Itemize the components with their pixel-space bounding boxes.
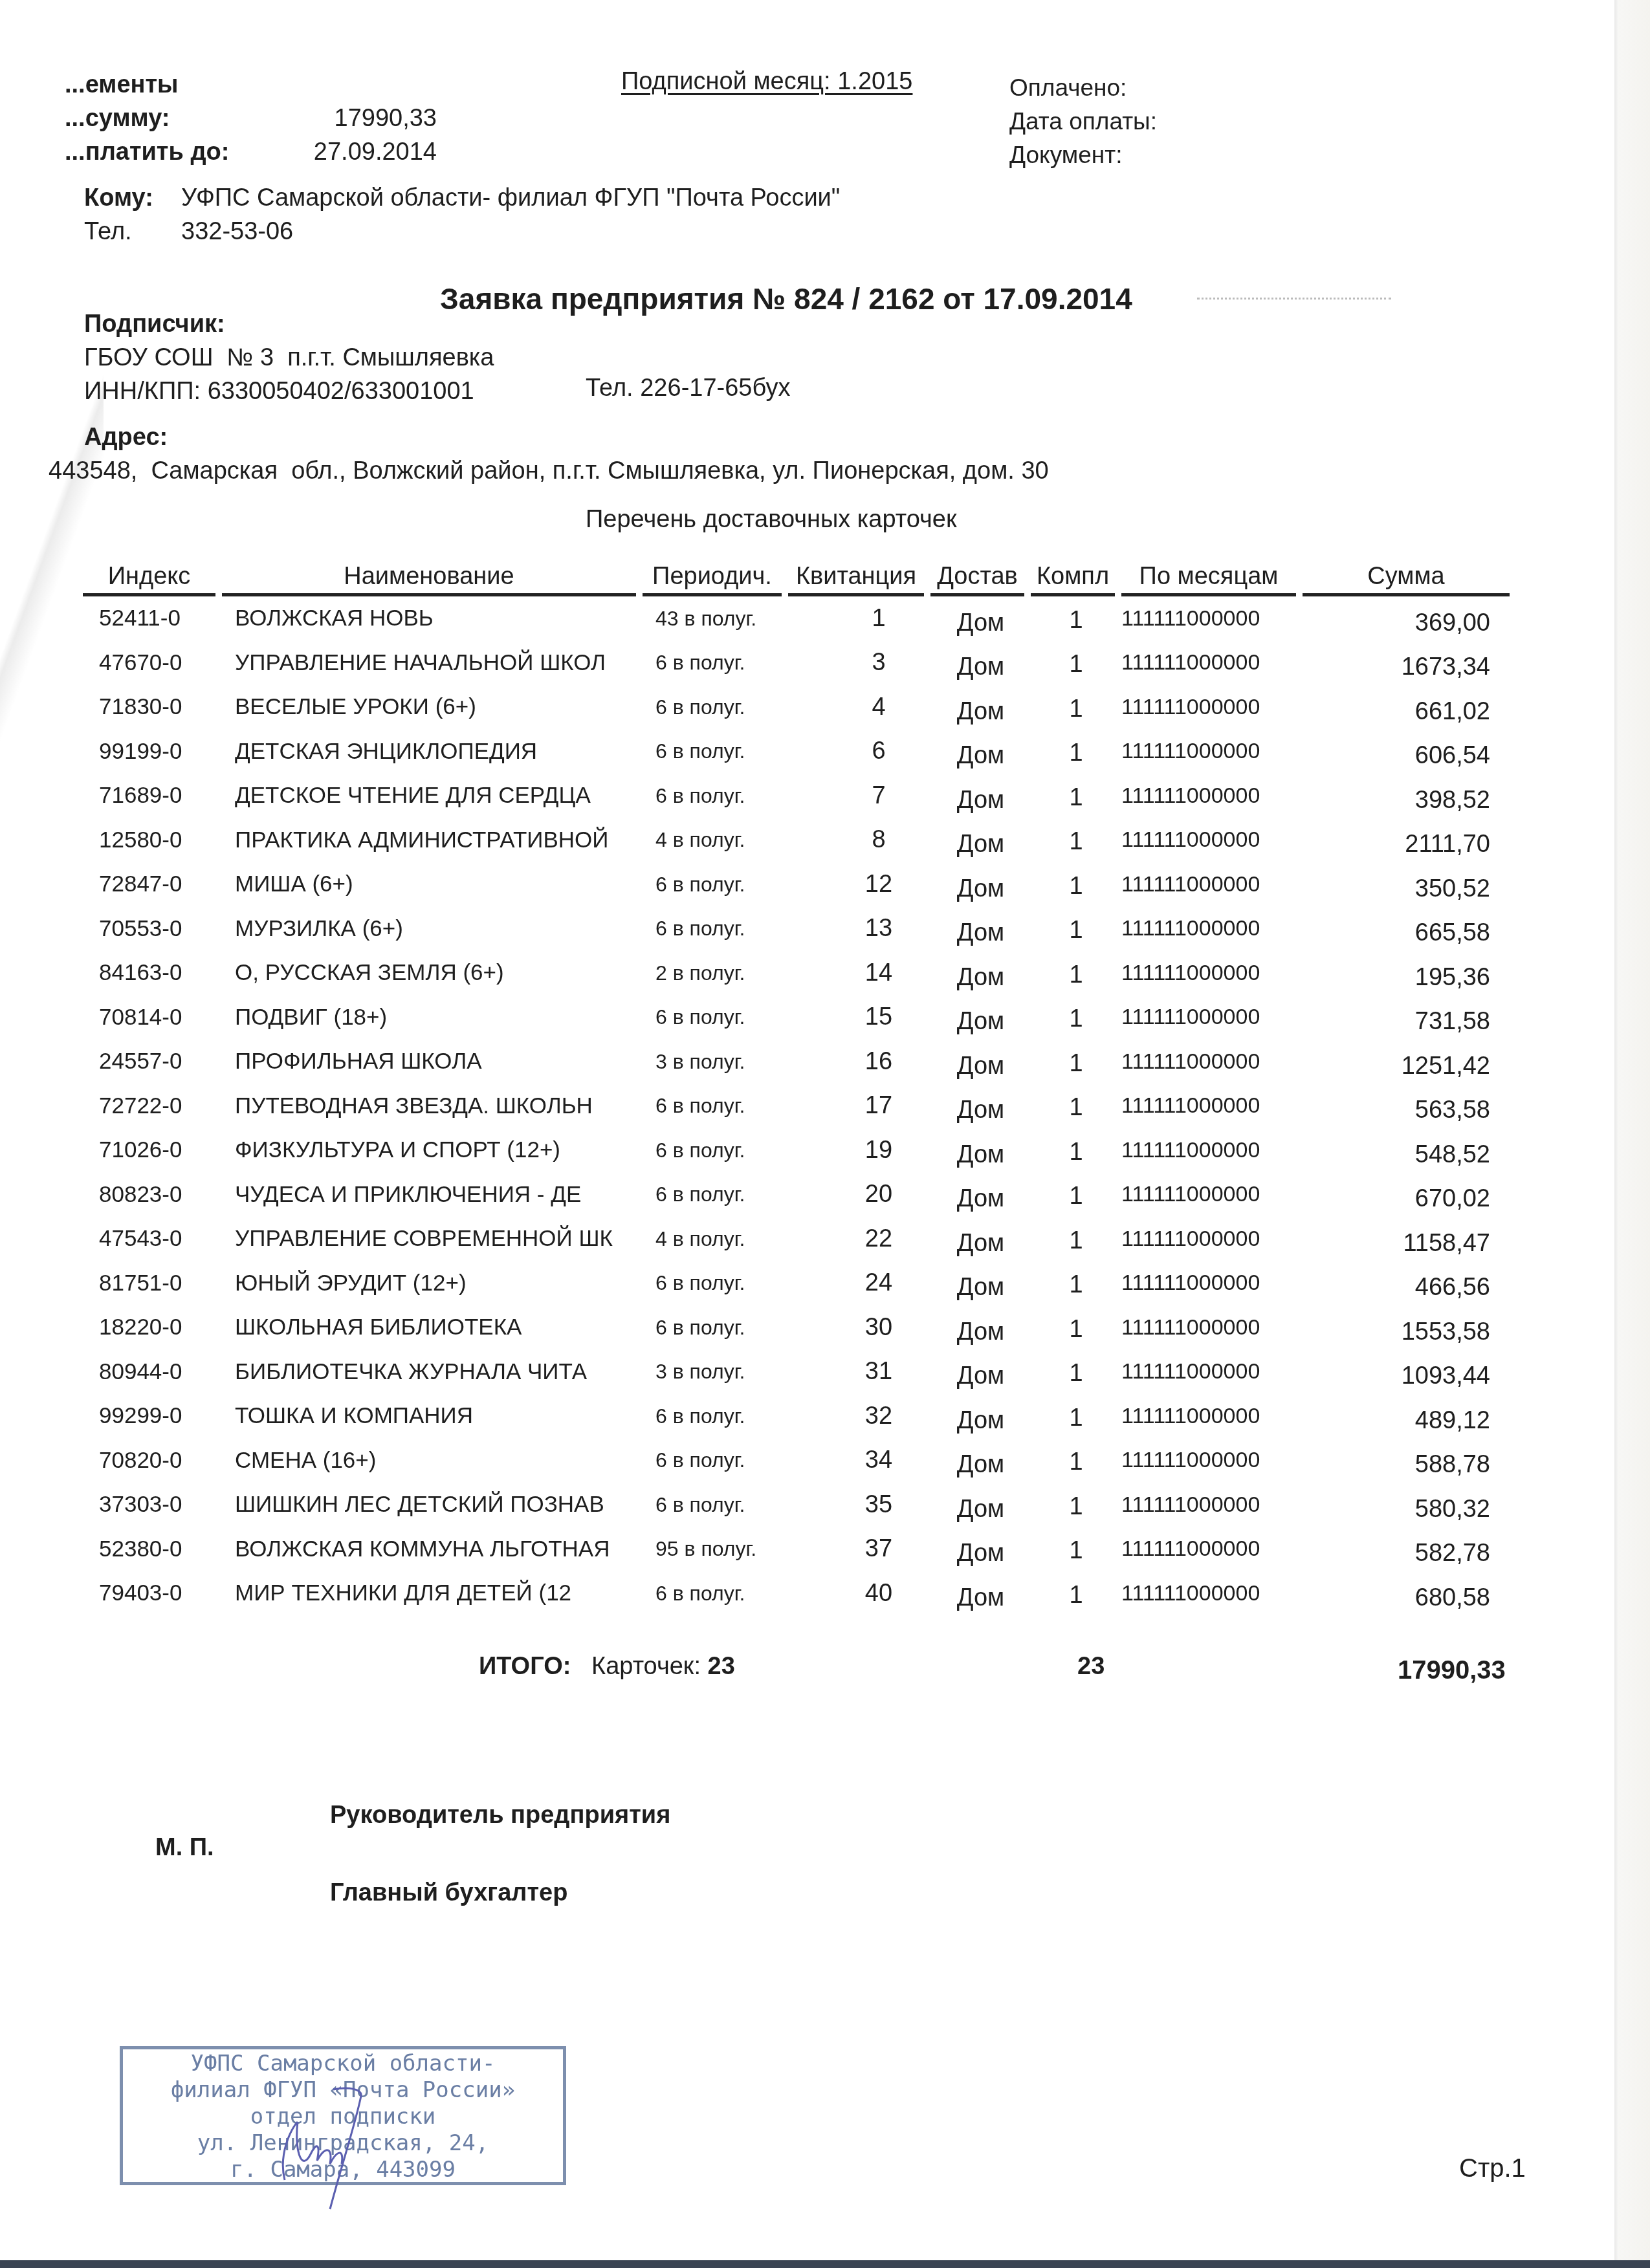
cell-periodicity: 6 в полуг. — [643, 1094, 788, 1118]
cell-periodicity: 6 в полуг. — [643, 1005, 788, 1029]
table-body: 52411-0ВОЛЖСКАЯ НОВЬ43 в полуг.1Дом11111… — [83, 596, 1529, 1616]
cell-index: 47543-0 — [83, 1226, 222, 1252]
cell-index: 24557-0 — [83, 1049, 222, 1074]
cell-by-months: 111111000000 — [1121, 1448, 1303, 1473]
cell-sum: 195,36 — [1303, 955, 1510, 992]
cell-periodicity: 6 в полуг. — [643, 1271, 788, 1295]
scan-page-edge — [1614, 0, 1650, 2268]
cell-sets: 1 — [1031, 1090, 1121, 1122]
cell-sets: 1 — [1031, 1356, 1121, 1388]
cell-name: ПРОФИЛЬНАЯ ШКОЛА — [222, 1049, 643, 1074]
summary-label: ...ементы — [65, 68, 239, 102]
cell-sets: 1 — [1031, 603, 1121, 635]
cell-sets: 1 — [1031, 824, 1121, 856]
cards-label: Карточек: — [591, 1653, 701, 1680]
cell-name: ЮНЫЙ ЭРУДИТ (12+) — [222, 1270, 643, 1296]
cell-receipt: 8 — [788, 826, 930, 854]
cell-index: 52380-0 — [83, 1536, 222, 1562]
address-value: 443548, Самарская обл., Волжский район, … — [49, 454, 1049, 488]
cell-sets: 1 — [1031, 692, 1121, 723]
table-row: 84163-0О, РУССКАЯ ЗЕМЛЯ (6+)2 в полуг.14… — [83, 951, 1529, 996]
cell-by-months: 111111000000 — [1121, 1182, 1303, 1207]
cell-delivery: Дом — [930, 1043, 1031, 1080]
address-block: Адрес: 443548, Самарская обл., Волжский … — [49, 420, 1049, 488]
address-label: Адрес: — [49, 420, 1049, 454]
cell-sum: 580,32 — [1303, 1487, 1510, 1523]
cell-name: УПРАВЛЕНИЕ НАЧАЛЬНОЙ ШКОЛ — [222, 650, 643, 676]
page-number: Стр.1 — [1459, 2154, 1526, 2183]
cell-name: ВЕСЕЛЫЕ УРОКИ (6+) — [222, 694, 643, 720]
cell-receipt: 17 — [788, 1092, 930, 1120]
cell-index: 70814-0 — [83, 1005, 222, 1030]
summary-row: ...сумму: 17990,33 — [65, 102, 437, 135]
cell-name: ДЕТСКОЕ ЧТЕНИЕ ДЛЯ СЕРДЦА — [222, 783, 643, 809]
signature-accountant-label: Главный бухгалтер — [330, 1879, 567, 1907]
table-row: 12580-0ПРАКТИКА АДМИНИСТРАТИВНОЙ4 в полу… — [83, 818, 1529, 863]
cell-periodicity: 6 в полуг. — [643, 1582, 788, 1606]
cell-index: 84163-0 — [83, 960, 222, 986]
cell-sum: 350,52 — [1303, 866, 1510, 903]
cell-sum: 606,54 — [1303, 733, 1510, 770]
cell-sum: 1553,58 — [1303, 1309, 1510, 1346]
cell-delivery: Дом — [930, 644, 1031, 681]
cell-receipt: 32 — [788, 1402, 930, 1430]
subscriber-label: Подписчик: — [84, 307, 494, 341]
totals-row: ИТОГО: Карточек: 23 — [479, 1653, 735, 1681]
table-row: 70814-0ПОДВИГ (18+)6 в полуг.15Дом111111… — [83, 996, 1529, 1040]
table-row: 80823-0ЧУДЕСА И ПРИКЛЮЧЕНИЯ - ДЕ6 в полу… — [83, 1173, 1529, 1217]
cell-sets: 1 — [1031, 1445, 1121, 1476]
cell-delivery: Дом — [930, 778, 1031, 814]
cell-name: ТОШКА И КОМПАНИЯ — [222, 1403, 643, 1429]
table-row: 47543-0УПРАВЛЕНИЕ СОВРЕМЕННОЙ ШК4 в полу… — [83, 1217, 1529, 1261]
cell-index: 79403-0 — [83, 1580, 222, 1606]
cell-by-months: 111111000000 — [1121, 1492, 1303, 1518]
cell-receipt: 7 — [788, 782, 930, 810]
tel-label: Тел. — [84, 215, 181, 248]
cell-periodicity: 6 в полуг. — [643, 1404, 788, 1428]
cell-delivery: Дом — [930, 910, 1031, 947]
cell-sets: 1 — [1031, 1267, 1121, 1299]
cell-by-months: 111111000000 — [1121, 961, 1303, 986]
cell-periodicity: 6 в полуг. — [643, 695, 788, 719]
cell-delivery: Дом — [930, 999, 1031, 1036]
cell-receipt: 13 — [788, 915, 930, 943]
table-row: 71689-0ДЕТСКОЕ ЧТЕНИЕ ДЛЯ СЕРДЦА6 в полу… — [83, 774, 1529, 818]
subscriber-block: Подписчик: ГБОУ СОШ № 3 п.г.т. Смышляевк… — [84, 307, 494, 408]
cell-name: ПОДВИГ (18+) — [222, 1005, 643, 1030]
cell-sets: 1 — [1031, 1001, 1121, 1033]
cards-count: 23 — [708, 1653, 735, 1680]
cell-sets: 1 — [1031, 1533, 1121, 1565]
list-title: Перечень доставочных карточек — [586, 506, 957, 534]
cell-index: 18220-0 — [83, 1314, 222, 1340]
cell-name: ДЕТСКАЯ ЭНЦИКЛОПЕДИЯ — [222, 739, 643, 765]
cell-receipt: 15 — [788, 1003, 930, 1031]
table-row: 99299-0ТОШКА И КОМПАНИЯ6 в полуг.32Дом11… — [83, 1394, 1529, 1439]
cell-sets: 1 — [1031, 647, 1121, 679]
cell-by-months: 111111000000 — [1121, 739, 1303, 764]
cell-by-months: 111111000000 — [1121, 1404, 1303, 1429]
table-row: 72722-0ПУТЕВОДНАЯ ЗВЕЗДА. ШКОЛЬН6 в полу… — [83, 1084, 1529, 1129]
cell-receipt: 16 — [788, 1048, 930, 1076]
cell-name: ШКОЛЬНАЯ БИБЛИОТЕКА — [222, 1314, 643, 1340]
cell-receipt: 31 — [788, 1358, 930, 1386]
cell-index: 80944-0 — [83, 1359, 222, 1385]
cell-delivery: Дом — [930, 1353, 1031, 1390]
paid-label: Оплачено: — [1009, 71, 1157, 105]
seal-place-label: М. П. — [155, 1834, 214, 1862]
cell-receipt: 19 — [788, 1137, 930, 1164]
cell-by-months: 111111000000 — [1121, 1359, 1303, 1384]
pay-date-label: Дата оплаты: — [1009, 105, 1157, 138]
table-row: 70553-0МУРЗИЛКА (6+)6 в полуг.13Дом11111… — [83, 907, 1529, 952]
cell-by-months: 111111000000 — [1121, 1093, 1303, 1118]
column-header-periodicity: Периодич. — [643, 563, 782, 596]
cell-receipt: 24 — [788, 1269, 930, 1297]
table-row: 47670-0УПРАВЛЕНИЕ НАЧАЛЬНОЙ ШКОЛ6 в полу… — [83, 641, 1529, 686]
cell-receipt: 35 — [788, 1491, 930, 1519]
cell-by-months: 111111000000 — [1121, 1581, 1303, 1606]
cell-sum: 731,58 — [1303, 999, 1510, 1036]
cell-sets: 1 — [1031, 957, 1121, 989]
cell-by-months: 111111000000 — [1121, 916, 1303, 941]
cell-by-months: 111111000000 — [1121, 1005, 1303, 1030]
cell-sum: 1673,34 — [1303, 644, 1510, 681]
cell-periodicity: 6 в полуг. — [643, 651, 788, 675]
cell-sets: 1 — [1031, 1179, 1121, 1210]
cell-receipt: 12 — [788, 871, 930, 899]
signature-head-label: Руководитель предприятия — [330, 1802, 670, 1829]
cell-sum: 1158,47 — [1303, 1221, 1510, 1258]
cell-periodicity: 43 в полуг. — [643, 607, 788, 631]
cell-sets: 1 — [1031, 1046, 1121, 1078]
cell-name: МУРЗИЛКА (6+) — [222, 916, 643, 942]
cell-index: 80823-0 — [83, 1182, 222, 1208]
cell-receipt: 20 — [788, 1181, 930, 1208]
cell-index: 12580-0 — [83, 827, 222, 853]
subscriber-inn-kpp: ИНН/КПП: 6330050402/633001001 — [84, 375, 494, 408]
cell-receipt: 40 — [788, 1580, 930, 1608]
cell-by-months: 111111000000 — [1121, 1536, 1303, 1562]
delivery-cards-table: Индекс Наименование Периодич. Квитанция … — [83, 556, 1529, 1616]
cell-index: 72722-0 — [83, 1093, 222, 1119]
column-header-delivery: Достав — [930, 563, 1024, 596]
cell-delivery: Дом — [930, 1531, 1031, 1567]
cell-delivery: Дом — [930, 866, 1031, 903]
cell-sets: 1 — [1031, 1223, 1121, 1255]
table-row: 71026-0ФИЗКУЛЬТУРА И СПОРТ (12+)6 в полу… — [83, 1128, 1529, 1173]
cell-sets: 1 — [1031, 736, 1121, 767]
cell-index: 99299-0 — [83, 1403, 222, 1429]
cell-delivery: Дом — [930, 600, 1031, 637]
subscriber-name: ГБОУ СОШ № 3 п.г.т. Смышляевка — [84, 341, 494, 375]
cell-periodicity: 3 в полуг. — [643, 1050, 788, 1074]
cell-receipt: 34 — [788, 1446, 930, 1474]
cell-sets: 1 — [1031, 1489, 1121, 1521]
table-row: 71830-0ВЕСЕЛЫЕ УРОКИ (6+)6 в полуг.4Дом1… — [83, 685, 1529, 730]
cell-sets: 1 — [1031, 869, 1121, 900]
subscription-month: Подписной месяц: 1.2015 — [621, 68, 912, 96]
cell-receipt: 6 — [788, 737, 930, 765]
payment-summary: ...ементы ...сумму: 17990,33 ...платить … — [65, 68, 437, 169]
cell-name: ВОЛЖСКАЯ НОВЬ — [222, 605, 643, 631]
cell-index: 71026-0 — [83, 1137, 222, 1163]
table-row: 52411-0ВОЛЖСКАЯ НОВЬ43 в полуг.1Дом11111… — [83, 596, 1529, 641]
cell-name: ФИЗКУЛЬТУРА И СПОРТ (12+) — [222, 1137, 643, 1163]
cell-sets: 1 — [1031, 1312, 1121, 1344]
cell-delivery: Дом — [930, 1442, 1031, 1479]
cell-delivery: Дом — [930, 1221, 1031, 1258]
cell-sets: 1 — [1031, 780, 1121, 812]
payment-status-block: Оплачено: Дата оплаты: Документ: — [1009, 71, 1157, 172]
cell-delivery: Дом — [930, 1398, 1031, 1435]
tel-value: 332-53-06 — [181, 215, 293, 248]
cell-by-months: 111111000000 — [1121, 872, 1303, 897]
cell-receipt: 3 — [788, 649, 930, 677]
column-header-index: Индекс — [83, 563, 215, 596]
cell-name: УПРАВЛЕНИЕ СОВРЕМЕННОЙ ШК — [222, 1226, 643, 1252]
cell-name: ЧУДЕСА И ПРИКЛЮЧЕНИЯ - ДЕ — [222, 1182, 643, 1208]
table-row: 52380-0ВОЛЖСКАЯ КОММУНА ЛЬГОТНАЯ95 в пол… — [83, 1527, 1529, 1572]
cell-periodicity: 6 в полуг. — [643, 1493, 788, 1517]
summary-label: ...платить до: — [65, 135, 239, 169]
cell-name: ШИШКИН ЛЕС ДЕТСКИЙ ПОЗНАВ — [222, 1492, 643, 1518]
column-header-sets: Компл — [1031, 563, 1115, 596]
cell-periodicity: 95 в полуг. — [643, 1537, 788, 1561]
cell-sum: 548,52 — [1303, 1132, 1510, 1169]
table-row: 80944-0БИБЛИОТЕЧКА ЖУРНАЛА ЧИТА3 в полуг… — [83, 1350, 1529, 1395]
cell-sets: 1 — [1031, 1578, 1121, 1609]
cell-sets: 1 — [1031, 1135, 1121, 1166]
table-row: 18220-0ШКОЛЬНАЯ БИБЛИОТЕКА6 в полуг.30До… — [83, 1305, 1529, 1350]
cell-sets: 1 — [1031, 913, 1121, 944]
cell-by-months: 111111000000 — [1121, 695, 1303, 720]
cell-name: ПРАКТИКА АДМИНИСТРАТИВНОЙ — [222, 827, 643, 853]
table-row: 37303-0ШИШКИН ЛЕС ДЕТСКИЙ ПОЗНАВ6 в полу… — [83, 1483, 1529, 1527]
cell-sum: 369,00 — [1303, 600, 1510, 637]
cell-periodicity: 3 в полуг. — [643, 1360, 788, 1384]
cell-receipt: 30 — [788, 1314, 930, 1342]
cell-by-months: 111111000000 — [1121, 650, 1303, 675]
column-header-name: Наименование — [222, 563, 636, 596]
cell-sum: 563,58 — [1303, 1087, 1510, 1124]
cell-name: МИР ТЕХНИКИ ДЛЯ ДЕТЕЙ (12 — [222, 1580, 643, 1606]
cell-sum: 661,02 — [1303, 689, 1510, 726]
table-row: 81751-0ЮНЫЙ ЭРУДИТ (12+)6 в полуг.24Дом1… — [83, 1261, 1529, 1306]
cell-periodicity: 4 в полуг. — [643, 828, 788, 852]
table-row: 79403-0МИР ТЕХНИКИ ДЛЯ ДЕТЕЙ (126 в полу… — [83, 1571, 1529, 1616]
cell-name: БИБЛИОТЕЧКА ЖУРНАЛА ЧИТА — [222, 1359, 643, 1385]
column-header-sum: Сумма — [1303, 563, 1510, 596]
stamp-line: УФПС Самарской области- — [123, 2051, 563, 2077]
cell-sum: 588,78 — [1303, 1442, 1510, 1479]
cell-periodicity: 2 в полуг. — [643, 961, 788, 985]
cell-delivery: Дом — [930, 1176, 1031, 1213]
cell-index: 70820-0 — [83, 1448, 222, 1474]
cell-periodicity: 6 в полуг. — [643, 873, 788, 897]
cell-sum: 670,02 — [1303, 1176, 1510, 1213]
cell-sum: 398,52 — [1303, 778, 1510, 814]
cell-sum: 680,58 — [1303, 1575, 1510, 1612]
to-label: Кому: — [84, 181, 181, 215]
summary-row: ...платить до: 27.09.2014 — [65, 135, 437, 169]
cell-name: СМЕНА (16+) — [222, 1448, 643, 1474]
table-row: 99199-0ДЕТСКАЯ ЭНЦИКЛОПЕДИЯ6 в полуг.6До… — [83, 730, 1529, 774]
cell-sum: 2111,70 — [1303, 822, 1510, 858]
cell-index: 71830-0 — [83, 694, 222, 720]
cell-by-months: 111111000000 — [1121, 606, 1303, 631]
cell-by-months: 111111000000 — [1121, 783, 1303, 809]
summary-label: ...сумму: — [65, 102, 239, 135]
cell-periodicity: 6 в полуг. — [643, 739, 788, 763]
cell-delivery: Дом — [930, 955, 1031, 992]
column-header-by-months: По месяцам — [1121, 563, 1296, 596]
cell-index: 71689-0 — [83, 783, 222, 809]
cell-by-months: 111111000000 — [1121, 1138, 1303, 1163]
cell-delivery: Дом — [930, 1487, 1031, 1523]
cell-name: ВОЛЖСКАЯ КОММУНА ЛЬГОТНАЯ — [222, 1536, 643, 1562]
table-row: 24557-0ПРОФИЛЬНАЯ ШКОЛА3 в полуг.16Дом11… — [83, 1040, 1529, 1084]
cell-periodicity: 6 в полуг. — [643, 1316, 788, 1340]
cell-periodicity: 6 в полуг. — [643, 784, 788, 808]
summary-row: ...ементы — [65, 68, 437, 102]
subscriber-tel: Тел. 226-17-65бух — [586, 375, 790, 402]
cell-receipt: 4 — [788, 693, 930, 721]
cell-index: 47670-0 — [83, 650, 222, 676]
cell-sum: 1251,42 — [1303, 1043, 1510, 1080]
cell-delivery: Дом — [930, 689, 1031, 726]
cell-delivery: Дом — [930, 1309, 1031, 1346]
cell-sum: 665,58 — [1303, 910, 1510, 947]
cell-periodicity: 4 в полуг. — [643, 1227, 788, 1251]
cell-sum: 466,56 — [1303, 1265, 1510, 1302]
cell-delivery: Дом — [930, 733, 1031, 770]
cell-index: 52411-0 — [83, 605, 222, 631]
cell-receipt: 37 — [788, 1535, 930, 1563]
totals-label: ИТОГО: — [479, 1653, 571, 1680]
cell-periodicity: 6 в полуг. — [643, 917, 788, 941]
totals-sum: 17990,33 — [1398, 1656, 1506, 1685]
cell-receipt: 14 — [788, 959, 930, 987]
summary-value: 17990,33 — [239, 102, 437, 135]
table-header: Индекс Наименование Периодич. Квитанция … — [83, 556, 1529, 596]
cell-by-months: 111111000000 — [1121, 1315, 1303, 1340]
cell-delivery: Дом — [930, 1087, 1031, 1124]
cell-sets: 1 — [1031, 1401, 1121, 1432]
cell-periodicity: 6 в полуг. — [643, 1183, 788, 1206]
cell-periodicity: 6 в полуг. — [643, 1448, 788, 1472]
cell-name: О, РУССКАЯ ЗЕМЛЯ (6+) — [222, 960, 643, 986]
to-value: УФПС Самарской области- филиал ФГУП "Поч… — [181, 181, 840, 215]
cell-index: 72847-0 — [83, 871, 222, 897]
summary-value: 27.09.2014 — [239, 135, 437, 169]
handwritten-signature-icon — [272, 2083, 375, 2212]
cell-delivery: Дом — [930, 1265, 1031, 1302]
cell-delivery: Дом — [930, 1575, 1031, 1612]
column-header-receipt: Квитанция — [788, 563, 924, 596]
recipient-block: Кому: УФПС Самарской области- филиал ФГУ… — [84, 181, 840, 248]
document-label: Документ: — [1009, 138, 1157, 172]
cell-sum: 582,78 — [1303, 1531, 1510, 1567]
cell-by-months: 111111000000 — [1121, 827, 1303, 853]
title-dotted-line — [1197, 298, 1391, 300]
cell-index: 37303-0 — [83, 1492, 222, 1518]
table-row: 72847-0МИША (6+)6 в полуг.12Дом111111100… — [83, 862, 1529, 907]
cell-index: 70553-0 — [83, 916, 222, 942]
cell-by-months: 111111000000 — [1121, 1270, 1303, 1296]
scanner-bottom-edge — [0, 2260, 1650, 2268]
cell-delivery: Дом — [930, 822, 1031, 858]
cell-name: ПУТЕВОДНАЯ ЗВЕЗДА. ШКОЛЬН — [222, 1093, 643, 1119]
cell-by-months: 111111000000 — [1121, 1227, 1303, 1252]
cell-periodicity: 6 в полуг. — [643, 1139, 788, 1162]
cell-sum: 1093,44 — [1303, 1353, 1510, 1390]
document-title: Заявка предприятия № 824 / 2162 от 17.09… — [440, 281, 1132, 316]
cell-index: 99199-0 — [83, 739, 222, 765]
totals-kompl: 23 — [1077, 1653, 1105, 1681]
table-row: 70820-0СМЕНА (16+)6 в полуг.34Дом1111111… — [83, 1439, 1529, 1483]
cell-name: МИША (6+) — [222, 871, 643, 897]
cell-delivery: Дом — [930, 1132, 1031, 1169]
cell-receipt: 1 — [788, 605, 930, 633]
cell-by-months: 111111000000 — [1121, 1049, 1303, 1074]
cell-receipt: 22 — [788, 1225, 930, 1253]
cell-index: 81751-0 — [83, 1270, 222, 1296]
summary-value — [239, 68, 437, 102]
cell-sum: 489,12 — [1303, 1398, 1510, 1435]
